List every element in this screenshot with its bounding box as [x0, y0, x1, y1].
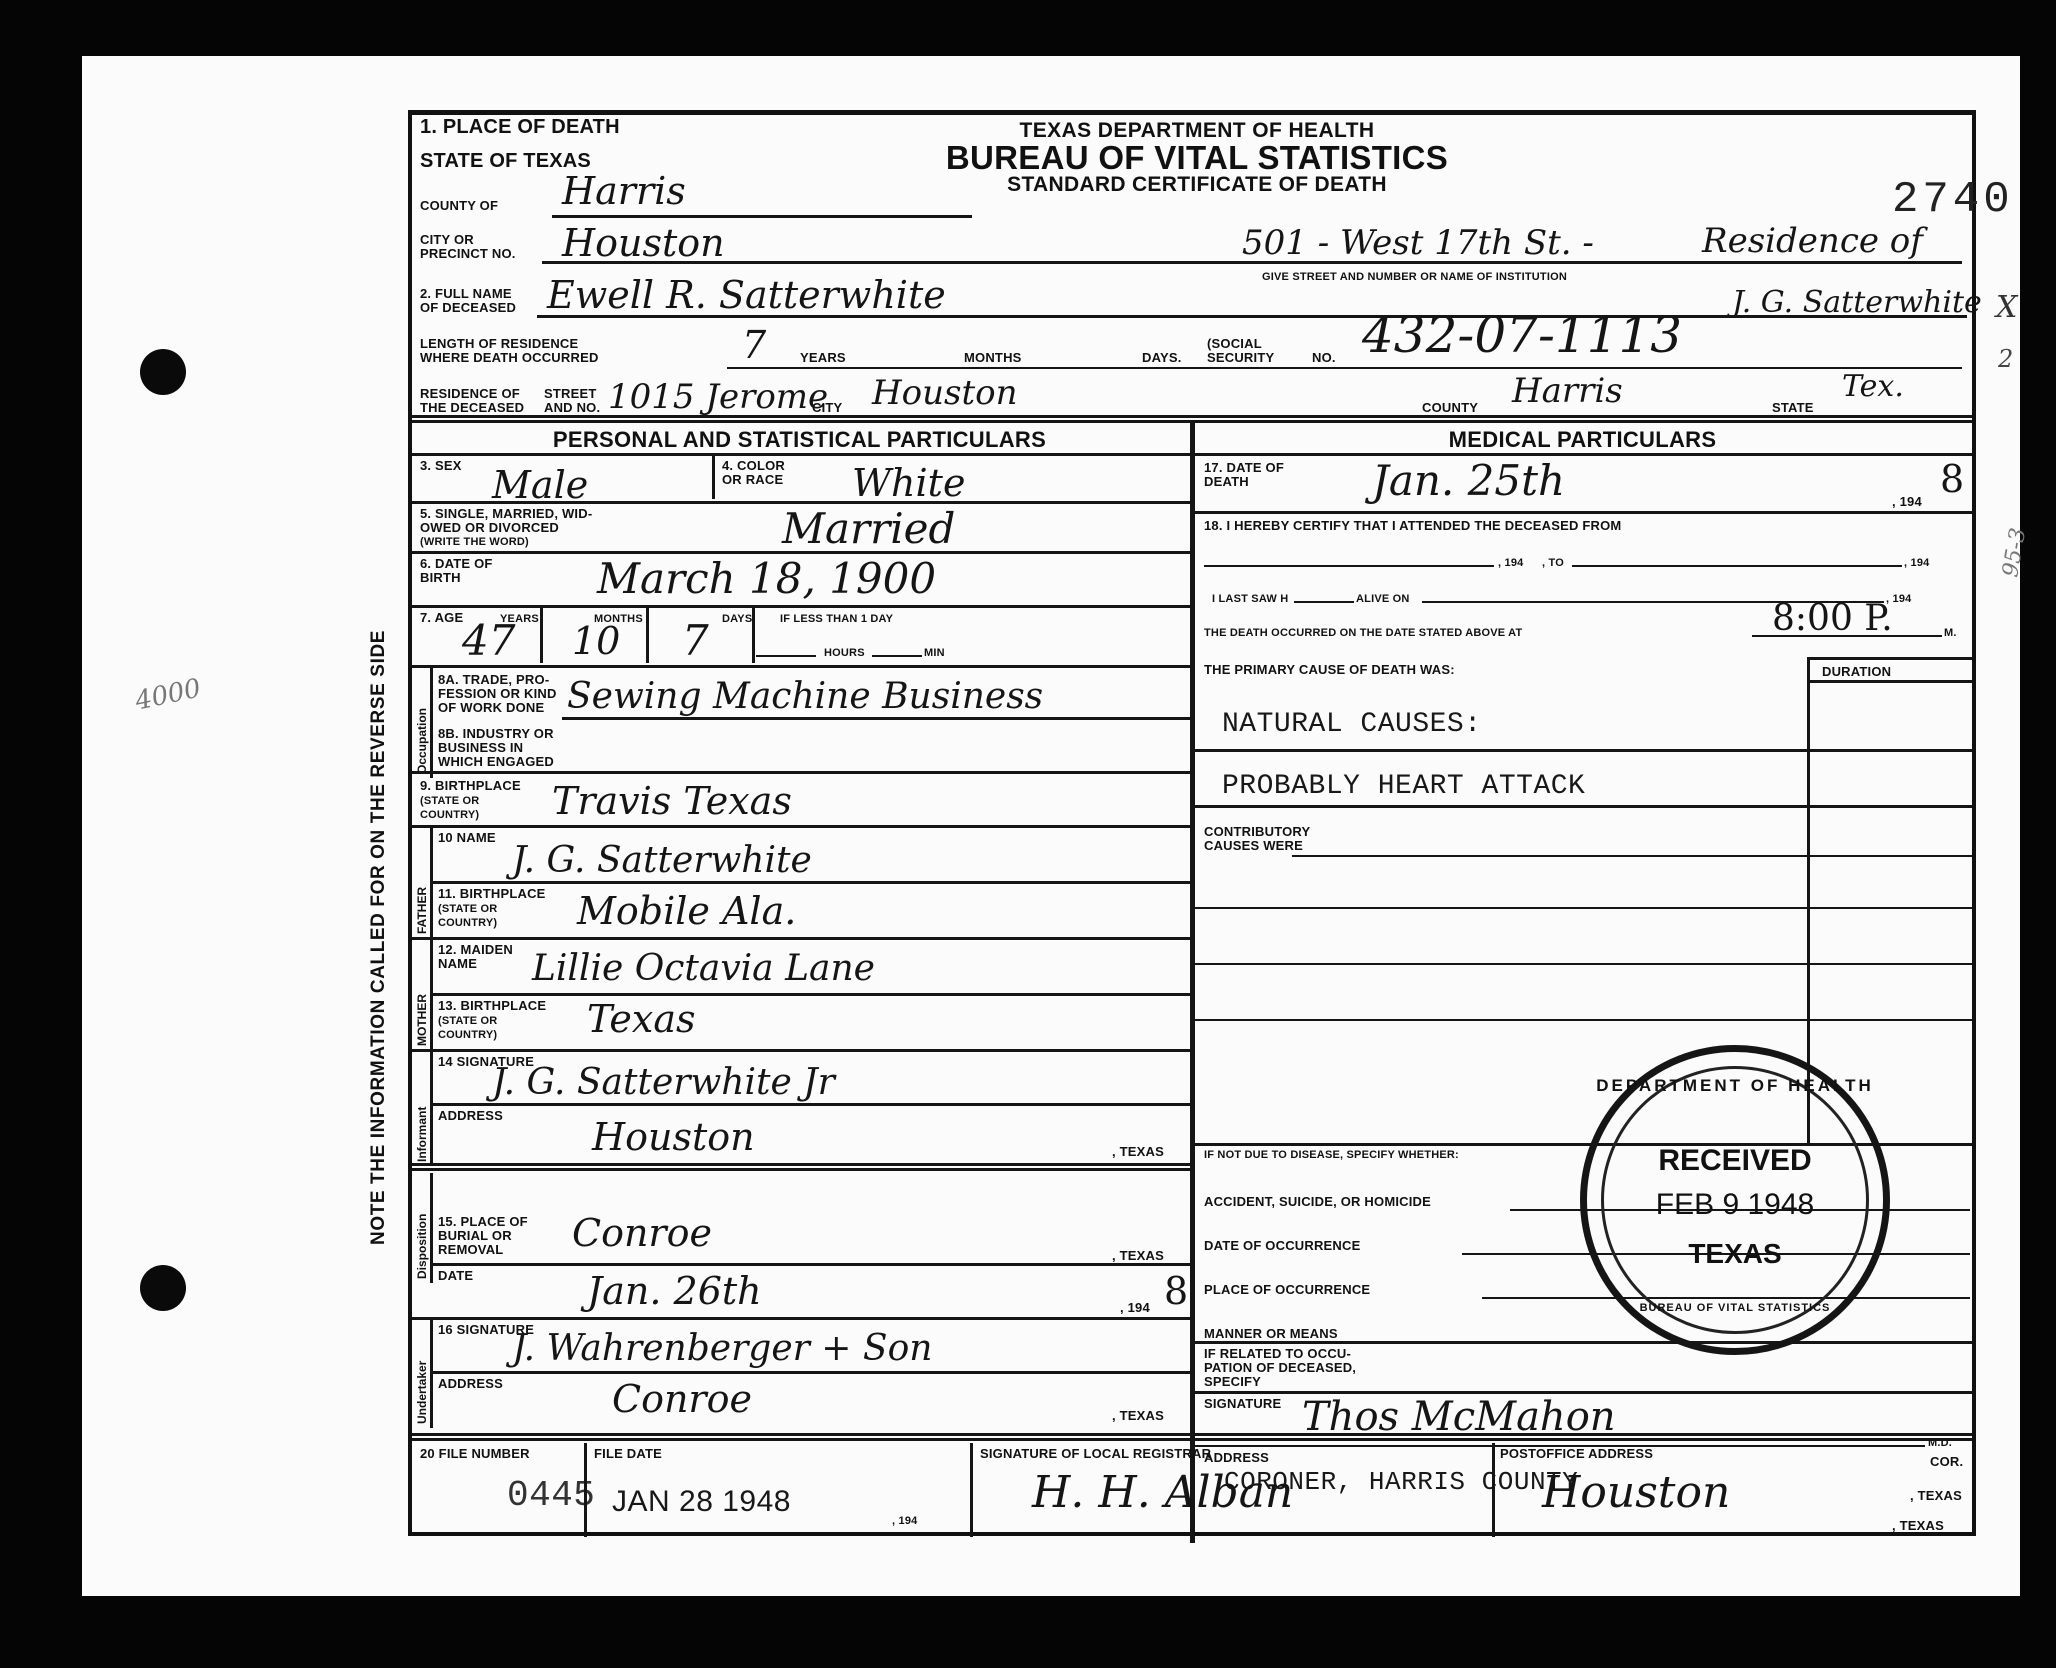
informant-signature-value: J. G. Satterwhite Jr	[492, 1063, 835, 1103]
mother-maiden-label-2: NAME	[438, 957, 477, 971]
file-date-value: JAN 28 1948	[612, 1485, 791, 1519]
duration-label: DURATION	[1822, 665, 1891, 679]
dob-value: March 18, 1900	[597, 559, 936, 599]
postoffice-label: POSTOFFICE ADDRESS	[1500, 1447, 1653, 1461]
burial-value: Conroe	[572, 1213, 712, 1253]
rule	[1294, 601, 1354, 603]
rule	[412, 453, 1190, 456]
rule	[412, 1317, 1190, 1320]
industry-label-3: WHICH ENGAGED	[438, 755, 554, 769]
undertaker-signature-value: J. Wahrenberger + Son	[512, 1329, 932, 1369]
rule	[412, 1049, 1190, 1052]
dod-label-1: 17. DATE OF	[1204, 461, 1284, 475]
street-hint-label: GIVE STREET AND NUMBER OR NAME OF INSTIT…	[1262, 271, 1567, 283]
place-of-death-label: 1. PLACE OF DEATH	[420, 119, 620, 135]
residence-city-value: Houston	[872, 373, 1018, 413]
mother-birthplace-label-3: COUNTRY)	[438, 1029, 497, 1041]
ssn-label-2: SECURITY	[1207, 351, 1274, 365]
color-value: White	[852, 463, 965, 503]
residence-length-label-1: LENGTH OF RESIDENCE	[420, 337, 578, 351]
rule	[1752, 635, 1942, 637]
header-bottom-rule	[412, 415, 1972, 418]
physician-signature-label: SIGNATURE	[1204, 1397, 1281, 1411]
disposition-side-label: Disposition	[412, 1173, 433, 1283]
stamp-bottom-arc: BUREAU OF VITAL STATISTICS	[1587, 1302, 1883, 1314]
disposition-date-suffix: , 194	[1120, 1301, 1150, 1315]
age-days-value: 7	[682, 621, 709, 661]
time-suffix: M.	[1944, 627, 1957, 639]
city-label-2: PRECINCT NO.	[420, 247, 516, 261]
age-months-value: 10	[572, 621, 620, 661]
punch-hole-bottom	[140, 1265, 186, 1311]
street-label-1: STREET	[544, 387, 596, 401]
rule	[412, 937, 1190, 940]
cause-line-2: PROBABLY HEART ATTACK	[1222, 771, 1585, 802]
trade-value: Sewing Machine Business	[567, 677, 1043, 717]
registrar-label: SIGNATURE OF LOCAL REGISTRAR	[980, 1447, 1211, 1461]
time-value: 8:00 P.	[1772, 599, 1893, 639]
state-of-texas-label: STATE OF TEXAS	[420, 153, 591, 169]
days-label: DAYS.	[1142, 351, 1182, 365]
undertaker-side-label: Undertaker	[412, 1320, 433, 1428]
birthplace-label-2: (STATE OR	[420, 795, 479, 807]
residence-county-value: Harris	[1512, 371, 1623, 411]
certify-label: 18. I HEREBY CERTIFY THAT I ATTENDED THE…	[1204, 519, 1621, 533]
industry-label-1: 8B. INDUSTRY OR	[438, 727, 554, 741]
postoffice-value: Houston	[1542, 1473, 1730, 1513]
father-birthplace-label-2: (STATE OR	[438, 903, 497, 915]
mother-maiden-label-1: 12. MAIDEN	[438, 943, 513, 957]
column-divider	[1190, 423, 1195, 1543]
rule	[1572, 565, 1902, 567]
rule	[872, 655, 922, 657]
dob-label-1: 6. DATE OF	[420, 557, 493, 571]
ssn-no-label: NO.	[1312, 351, 1336, 365]
dod-year-digit: 8	[1940, 459, 1964, 499]
industry-label-2: BUSINESS IN	[438, 741, 523, 755]
birthplace-label-3: COUNTRY)	[420, 809, 479, 821]
birthplace-value: Travis Texas	[552, 781, 792, 821]
years-label: YEARS	[800, 351, 846, 365]
age-less-label: IF LESS THAN 1 DAY	[780, 613, 893, 625]
time-label: THE DEATH OCCURRED ON THE DATE STATED AB…	[1204, 627, 1522, 639]
rule	[584, 1443, 587, 1537]
rule	[1292, 855, 1972, 857]
rule	[432, 993, 1190, 996]
burial-label-1: 15. PLACE OF	[438, 1215, 528, 1229]
stamp-date: FEB 9 1948	[1587, 1188, 1883, 1222]
certificate-type-title: STANDARD CERTIFICATE OF DEATH	[932, 173, 1462, 197]
sex-label: 3. SEX	[420, 459, 462, 473]
received-stamp: DEPARTMENT OF HEALTH RECEIVED FEB 9 1948…	[1580, 1045, 1890, 1355]
from-suffix: , 194	[1498, 557, 1523, 569]
rule	[646, 607, 649, 663]
occupation-side-label: Occupation	[412, 668, 433, 778]
rule	[752, 607, 755, 663]
informant-address-value: Houston	[592, 1117, 755, 1157]
certificate-number: 2740	[1892, 175, 2014, 225]
city-value: Houston	[562, 223, 725, 263]
death-certificate-form: 1. PLACE OF DEATH STATE OF TEXAS TEXAS D…	[408, 110, 1976, 1536]
rule	[562, 717, 1190, 720]
file-number-value: 0445	[507, 1475, 595, 1516]
rule	[756, 655, 816, 657]
ssn-value: 432-07-1113	[1362, 315, 1682, 355]
trade-label-2: FESSION OR KIND	[438, 687, 557, 701]
city-line	[542, 261, 1962, 264]
ssn-label-1: (SOCIAL	[1207, 337, 1262, 351]
not-disease-label: IF NOT DUE TO DISEASE, SPECIFY WHETHER:	[1204, 1149, 1459, 1161]
institution-value: Residence of	[1702, 221, 1923, 261]
rule	[432, 1371, 1190, 1374]
rule	[1195, 1341, 1972, 1344]
punch-hole-top	[140, 349, 186, 395]
primary-cause-label: THE PRIMARY CAUSE OF DEATH WAS:	[1204, 663, 1455, 677]
full-name-label-2: OF DECEASED	[420, 301, 516, 315]
rule	[1195, 805, 1972, 808]
county-label: COUNTY OF	[420, 199, 498, 213]
file-date-label: FILE DATE	[594, 1447, 662, 1461]
to-suffix: , 194	[1904, 557, 1929, 569]
disposition-year-digit: 8	[1164, 1271, 1188, 1311]
occupation-related-label-3: SPECIFY	[1204, 1375, 1261, 1389]
personal-section-title: PERSONAL AND STATISTICAL PARTICULARS	[412, 427, 1187, 453]
occupation-related-label-1: IF RELATED TO OCCU-	[1204, 1347, 1351, 1361]
disposition-date-value: Jan. 26th	[587, 1271, 762, 1311]
residence-label-2: THE DECEASED	[420, 401, 524, 415]
mother-birthplace-value: Texas	[587, 999, 695, 1039]
dob-label-2: BIRTH	[420, 571, 461, 585]
age-min-label: MIN	[924, 647, 945, 659]
rule	[432, 881, 1190, 884]
rule	[412, 825, 1190, 828]
burial-label-2: BURIAL OR	[438, 1229, 512, 1243]
residence-length-label-2: WHERE DEATH OCCURRED	[420, 351, 599, 365]
residence-state-label: STATE	[1772, 401, 1814, 415]
margin-handwriting-right-2: 2	[1998, 345, 2013, 373]
residence-city-label: CITY	[812, 401, 842, 415]
father-name-value: J. G. Satterwhite	[512, 841, 812, 881]
alive-on-label: ALIVE ON	[1356, 593, 1410, 605]
dod-value: Jan. 25th	[1372, 461, 1565, 501]
occupation-related-label-2: PATION OF DECEASED,	[1204, 1361, 1356, 1375]
age-days-label: DAYS	[722, 613, 752, 625]
filing-top-rule	[412, 1433, 1972, 1436]
rule	[540, 607, 543, 663]
manner-label: MANNER OR MEANS	[1204, 1327, 1338, 1341]
marital-label-2: OWED OR DIVORCED	[420, 521, 559, 535]
undertaker-address-label: ADDRESS	[438, 1377, 503, 1391]
rule	[1195, 907, 1972, 909]
rule	[412, 771, 1190, 774]
stamp-state: TEXAS	[1587, 1238, 1883, 1270]
rule	[412, 665, 1190, 668]
mother-side-label: MOTHER	[412, 940, 433, 1050]
burial-label-3: REMOVAL	[438, 1243, 503, 1257]
undertaker-address-value: Conroe	[612, 1379, 752, 1419]
father-birthplace-label-1: 11. BIRTHPLACE	[438, 887, 546, 901]
marital-value: Married	[782, 509, 955, 549]
informant-address-label: ADDRESS	[438, 1109, 503, 1123]
disposition-date-label: DATE	[438, 1269, 473, 1283]
mother-birthplace-label-2: (STATE OR	[438, 1015, 497, 1027]
name-line	[537, 315, 1967, 318]
marital-label-1: 5. SINGLE, MARRIED, WID-	[420, 507, 592, 521]
residence-county-label: COUNTY	[1422, 401, 1478, 415]
age-hours-label: HOURS	[824, 647, 865, 659]
full-name-label-1: 2. FULL NAME	[420, 287, 512, 301]
informant-side-label: Informant	[412, 1052, 433, 1166]
residence-street-value: 1015 Jerome	[608, 377, 828, 417]
postoffice-suffix: , TEXAS	[1892, 1519, 1944, 1533]
contributory-label-1: CONTRIBUTORY	[1204, 825, 1310, 839]
rule	[412, 1163, 1190, 1166]
accident-label: ACCIDENT, SUICIDE, OR HOMICIDE	[1204, 1195, 1431, 1209]
birthplace-label-1: 9. BIRTHPLACE	[420, 779, 521, 793]
mother-birthplace-label-1: 13. BIRTHPLACE	[438, 999, 546, 1013]
rule	[432, 1103, 1190, 1106]
rule	[970, 1443, 973, 1537]
rule	[1195, 749, 1972, 752]
stamp-top-arc: DEPARTMENT OF HEALTH	[1587, 1076, 1883, 1096]
residence-years-value: 7	[742, 325, 766, 365]
county-value: Harris	[562, 171, 686, 211]
medical-section-title: MEDICAL PARTICULARS	[1195, 427, 1970, 453]
deceased-name-value: Ewell R. Satterwhite	[547, 275, 946, 315]
registrar-signature: H. H. Alban	[1032, 1473, 1293, 1513]
residence-label-1: RESIDENCE OF	[420, 387, 520, 401]
occurrence-place-label: PLACE OF OCCURRENCE	[1204, 1283, 1370, 1297]
file-number-label: 20 FILE NUMBER	[420, 1447, 530, 1461]
father-name-label: 10 NAME	[438, 831, 496, 845]
margin-handwriting-right-1: X	[1996, 290, 2017, 325]
color-label-2: OR RACE	[722, 473, 783, 487]
father-side-label: FATHER	[412, 828, 433, 938]
rule	[1204, 565, 1494, 567]
physician-address-label: ADDRESS	[1204, 1451, 1269, 1465]
sex-value: Male	[492, 465, 588, 505]
cor-label: COR.	[1930, 1455, 1963, 1469]
street-label-2: AND NO.	[544, 401, 600, 415]
occurrence-date-label: DATE OF OCCURRENCE	[1204, 1239, 1360, 1253]
trade-label-3: OF WORK DONE	[438, 701, 544, 715]
county-line	[552, 215, 972, 218]
father-birthplace-label-3: COUNTRY)	[438, 917, 497, 929]
rule	[1492, 1443, 1495, 1537]
city-label-1: CITY OR	[420, 233, 474, 247]
md-suffix: M.D.	[1928, 1437, 1952, 1449]
physician-signature-value: Thos McMahon	[1302, 1397, 1616, 1437]
rule	[1195, 963, 1972, 965]
father-birthplace-value: Mobile Ala.	[577, 891, 796, 931]
rule	[1195, 1019, 1972, 1021]
undertaker-address-suffix: , TEXAS	[1112, 1409, 1164, 1423]
residence-length-line	[727, 367, 1962, 369]
color-label-1: 4. COLOR	[722, 459, 785, 473]
cause-line-1: NATURAL CAUSES:	[1222, 709, 1482, 740]
dod-label-2: DEATH	[1204, 475, 1249, 489]
file-date-suffix: , 194	[892, 1515, 917, 1527]
to-label: , TO	[1542, 557, 1564, 569]
bureau-title: BUREAU OF VITAL STATISTICS	[882, 139, 1512, 177]
months-label: MONTHS	[964, 351, 1022, 365]
rule	[432, 1263, 1190, 1266]
rule	[1195, 453, 1972, 456]
rule	[412, 605, 1190, 608]
age-years-value: 47	[462, 621, 515, 661]
stamp-received: RECEIVED	[1587, 1144, 1883, 1178]
last-saw-label: I LAST SAW H	[1212, 593, 1288, 605]
reverse-side-note: NOTE THE INFORMATION CALLED FOR ON THE R…	[368, 630, 390, 1245]
informant-address-suffix: , TEXAS	[1112, 1145, 1164, 1159]
dod-suffix: , 194	[1892, 495, 1922, 509]
physician-address-suffix: , TEXAS	[1910, 1489, 1962, 1503]
marital-label-3: (WRITE THE WORD)	[420, 536, 529, 548]
residence-state-value: Tex.	[1842, 367, 1904, 407]
rule	[1195, 511, 1972, 514]
burial-suffix: , TEXAS	[1112, 1249, 1164, 1263]
age-label: 7. AGE	[420, 611, 463, 625]
death-street-value: 501 - West 17th St. -	[1242, 223, 1594, 263]
trade-label-1: 8A. TRADE, PRO-	[438, 673, 549, 687]
mother-maiden-value: Lillie Octavia Lane	[532, 949, 875, 989]
rule	[712, 455, 715, 499]
contributory-label-2: CAUSES WERE	[1204, 839, 1303, 853]
